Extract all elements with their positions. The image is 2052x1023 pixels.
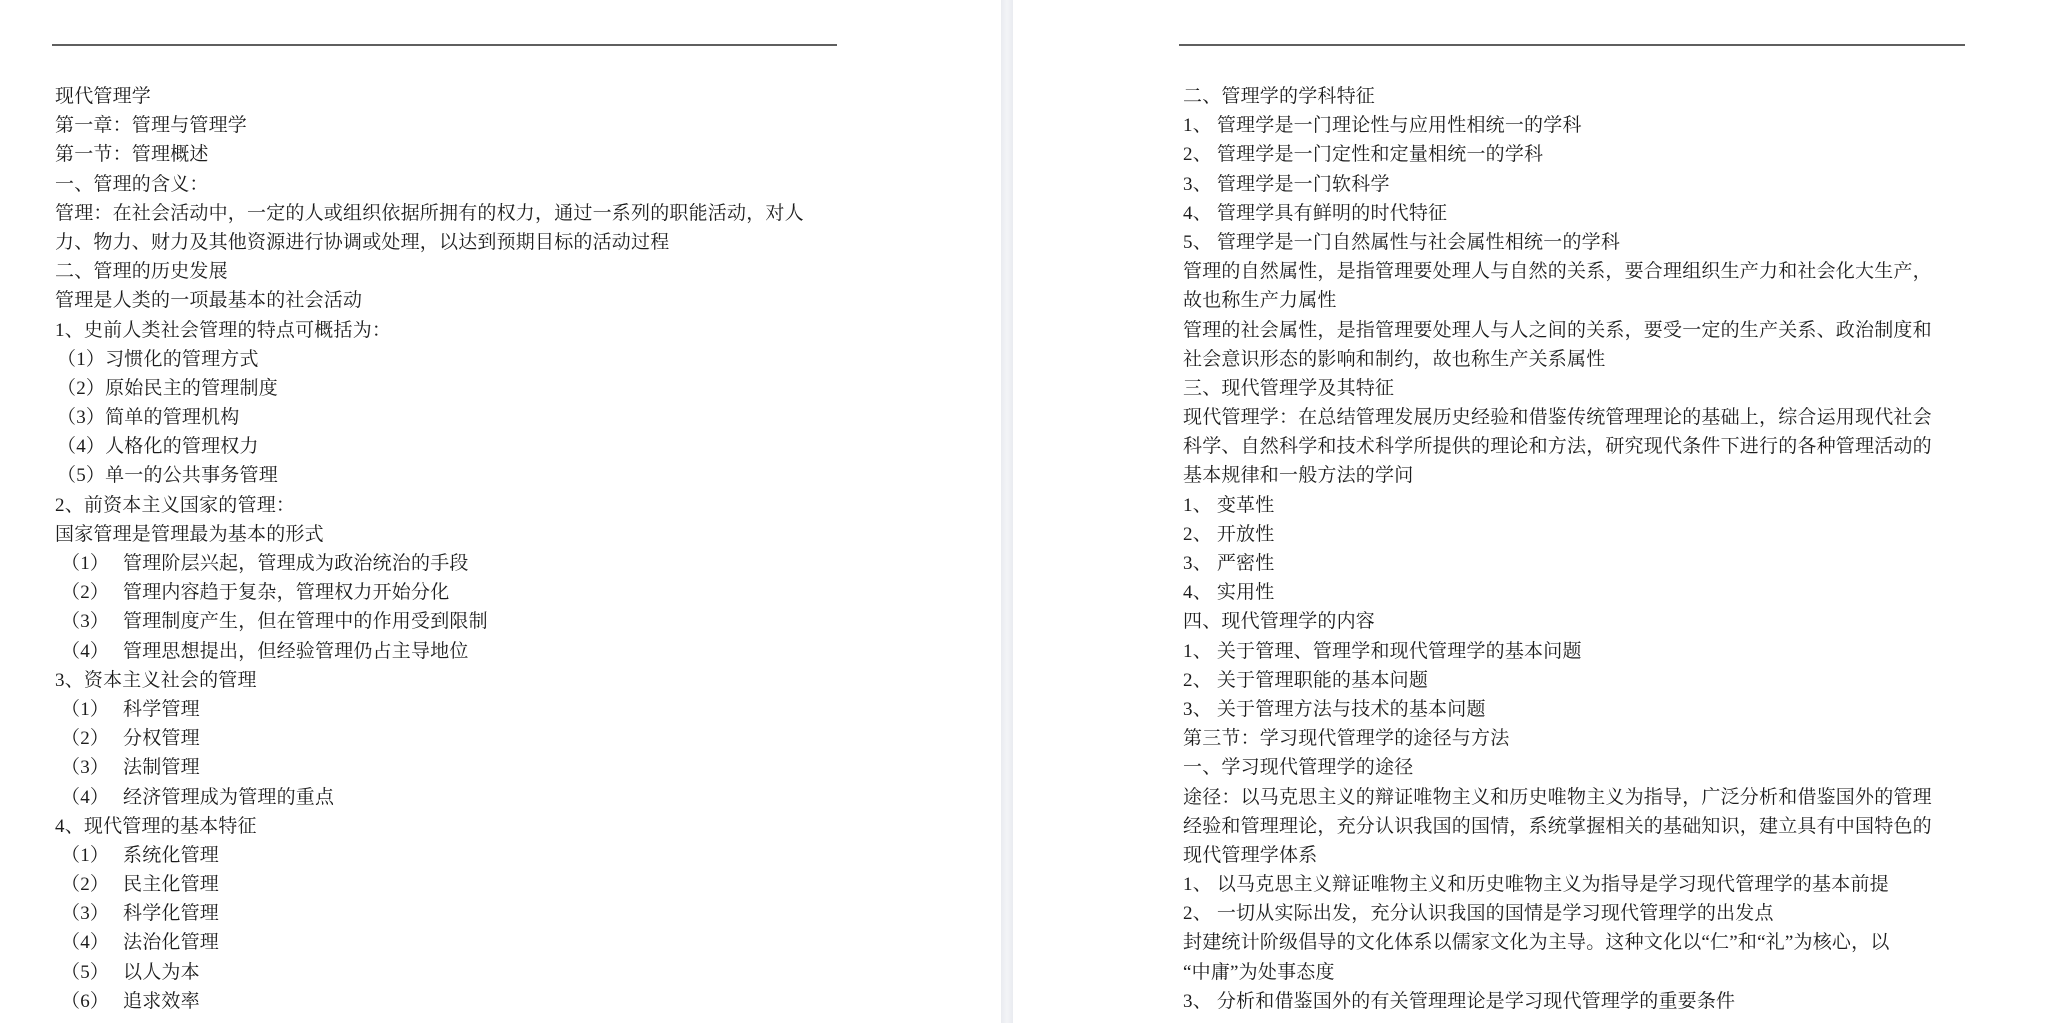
list-item-text: 原始民主的管理制度 [105,374,278,403]
list-item: （3）法制管理 [55,753,840,782]
page-content: 现代管理学第一章：管理与管理学第一节：管理概述一、管理的含义：管理：在社会活动中… [55,82,840,1016]
text-line: 4、 实用性 [1183,578,1968,607]
list-item: （2）管理内容趋于复杂，管理权力开始分化 [55,578,840,607]
page-right: 二、管理学的学科特征1、 管理学是一门理论性与应用性相统一的学科2、 管理学是一… [1013,0,2052,1023]
list-item: （4）经济管理成为管理的重点 [55,783,840,812]
list-item-text: 法制管理 [123,753,200,782]
list-item: （2）分权管理 [55,724,840,753]
text-line: 1、 管理学是一门理论性与应用性相统一的学科 [1183,111,1968,140]
list-item-text: 单一的公共事务管理 [105,461,278,490]
list-item: （2）民主化管理 [55,870,840,899]
text-line: 封建统计阶级倡导的文化体系以儒家文化为主导。这种文化以“仁”和“礼”为核心，以 [1183,928,1968,957]
text-line: 1、 关于管理、管理学和现代管理学的基本问题 [1183,637,1968,666]
text-line: 故也称生产力属性 [1183,286,1968,315]
text-line: 二、管理的历史发展 [55,257,840,286]
list-item: （1）系统化管理 [55,841,840,870]
list-marker: （6） [55,987,123,1016]
page-left: 现代管理学第一章：管理与管理学第一节：管理概述一、管理的含义：管理：在社会活动中… [0,0,1001,1023]
list-item: （5）单一的公共事务管理 [55,461,840,490]
list-item: （5）以人为本 [55,958,840,987]
text-line: 3、 关于管理方法与技术的基本问题 [1183,695,1968,724]
text-line: 4、 管理学具有鲜明的时代特征 [1183,199,1968,228]
text-line: 一、管理的含义： [55,170,840,199]
list-marker: （1） [55,345,105,374]
list-item: （1）管理阶层兴起，管理成为政治统治的手段 [55,549,840,578]
text-line: 途径：以马克思主义的辩证唯物主义和历史唯物主义为指导，广泛分析和借鉴国外的管理 [1183,783,1968,812]
list-marker: （4） [55,637,123,666]
list-marker: （3） [55,607,123,636]
text-line: 3、 分析和借鉴国外的有关管理理论是学习现代管理学的重要条件 [1183,987,1968,1016]
list-item: （6）追求效率 [55,987,840,1016]
list-marker: （4） [55,928,123,957]
list-marker: （3） [55,753,123,782]
text-line: 1、 变革性 [1183,491,1968,520]
list-item: （2）原始民主的管理制度 [55,374,840,403]
text-line: 三、现代管理学及其特征 [1183,374,1968,403]
list-marker: （2） [55,374,105,403]
text-line: 现代管理学体系 [1183,841,1968,870]
list-item-text: 管理制度产生，但在管理中的作用受到限制 [123,607,488,636]
list-item-text: 经济管理成为管理的重点 [123,783,334,812]
list-item-text: 系统化管理 [123,841,219,870]
header-rule [52,44,837,46]
page-gutter [1001,0,1013,1023]
text-line: 2、 一切从实际出发，充分认识我国的国情是学习现代管理学的出发点 [1183,899,1968,928]
list-item-text: 追求效率 [123,987,200,1016]
list-item: （1）习惯化的管理方式 [55,345,840,374]
list-marker: （5） [55,461,105,490]
list-item-text: 习惯化的管理方式 [105,345,259,374]
text-line: 一、学习现代管理学的途径 [1183,753,1968,782]
text-line: 管理：在社会活动中，一定的人或组织依据所拥有的权力，通过一系列的职能活动，对人 [55,199,840,228]
list-item: （1）科学管理 [55,695,840,724]
text-line: 二、管理学的学科特征 [1183,82,1968,111]
page-content: 二、管理学的学科特征1、 管理学是一门理论性与应用性相统一的学科2、 管理学是一… [1183,82,1968,1016]
list-marker: （1） [55,549,123,578]
document-viewer[interactable]: 现代管理学第一章：管理与管理学第一节：管理概述一、管理的含义：管理：在社会活动中… [0,0,2052,1023]
text-line: 社会意识形态的影响和制约，故也称生产关系属性 [1183,345,1968,374]
list-item-text: 科学管理 [123,695,200,724]
text-line: 4、现代管理的基本特征 [55,812,840,841]
text-line: 3、 管理学是一门软科学 [1183,170,1968,199]
list-item: （4）管理思想提出，但经验管理仍占主导地位 [55,637,840,666]
text-line: 2、 开放性 [1183,520,1968,549]
list-item-text: 以人为本 [123,958,200,987]
list-item: （4）人格化的管理权力 [55,432,840,461]
list-marker: （5） [55,958,123,987]
list-item-text: 法治化管理 [123,928,219,957]
text-line: 第三节：学习现代管理学的途径与方法 [1183,724,1968,753]
text-line: 第一节：管理概述 [55,140,840,169]
text-line: 国家管理是管理最为基本的形式 [55,520,840,549]
text-line: 5、 管理学是一门自然属性与社会属性相统一的学科 [1183,228,1968,257]
list-marker: （1） [55,841,123,870]
list-item: （3）管理制度产生，但在管理中的作用受到限制 [55,607,840,636]
list-item-text: 民主化管理 [123,870,219,899]
text-line: 基本规律和一般方法的学问 [1183,461,1968,490]
text-line: 现代管理学：在总结管理发展历史经验和借鉴传统管理理论的基础上，综合运用现代社会 [1183,403,1968,432]
text-line: 2、 管理学是一门定性和定量相统一的学科 [1183,140,1968,169]
list-item-text: 分权管理 [123,724,200,753]
list-marker: （4） [55,432,105,461]
text-line: 管理是人类的一项最基本的社会活动 [55,286,840,315]
list-marker: （4） [55,783,123,812]
text-line: 四、现代管理学的内容 [1183,607,1968,636]
list-marker: （2） [55,870,123,899]
header-rule [1179,44,1965,46]
text-line: 2、 关于管理职能的基本问题 [1183,666,1968,695]
list-marker: （3） [55,899,123,928]
list-marker: （2） [55,578,123,607]
text-line: 科学、自然科学和技术科学所提供的理论和方法，研究现代条件下进行的各种管理活动的 [1183,432,1968,461]
text-line: 2、前资本主义国家的管理： [55,491,840,520]
list-item: （3）简单的管理机构 [55,403,840,432]
text-line: 1、史前人类社会管理的特点可概括为： [55,316,840,345]
list-marker: （3） [55,403,105,432]
text-line: 力、物力、财力及其他资源进行协调或处理，以达到预期目标的活动过程 [55,228,840,257]
list-item-text: 人格化的管理权力 [105,432,259,461]
list-item: （3）科学化管理 [55,899,840,928]
text-line: 现代管理学 [55,82,840,111]
list-item: （4）法治化管理 [55,928,840,957]
text-line: 3、 严密性 [1183,549,1968,578]
text-line: 1、 以马克思主义辩证唯物主义和历史唯物主义为指导是学习现代管理学的基本前提 [1183,870,1968,899]
text-line: “中庸”为处事态度 [1183,958,1968,987]
list-item-text: 简单的管理机构 [105,403,239,432]
text-line: 管理的自然属性，是指管理要处理人与自然的关系，要合理组织生产力和社会化大生产， [1183,257,1968,286]
list-item-text: 管理内容趋于复杂，管理权力开始分化 [123,578,449,607]
list-item-text: 管理阶层兴起，管理成为政治统治的手段 [123,549,469,578]
text-line: 经验和管理理论，充分认识我国的国情，系统掌握相关的基础知识，建立具有中国特色的 [1183,812,1968,841]
list-item-text: 管理思想提出，但经验管理仍占主导地位 [123,637,469,666]
text-line: 3、资本主义社会的管理 [55,666,840,695]
list-item-text: 科学化管理 [123,899,219,928]
text-line: 管理的社会属性，是指管理要处理人与人之间的关系，要受一定的生产关系、政治制度和 [1183,316,1968,345]
list-marker: （1） [55,695,123,724]
list-marker: （2） [55,724,123,753]
text-line: 第一章：管理与管理学 [55,111,840,140]
